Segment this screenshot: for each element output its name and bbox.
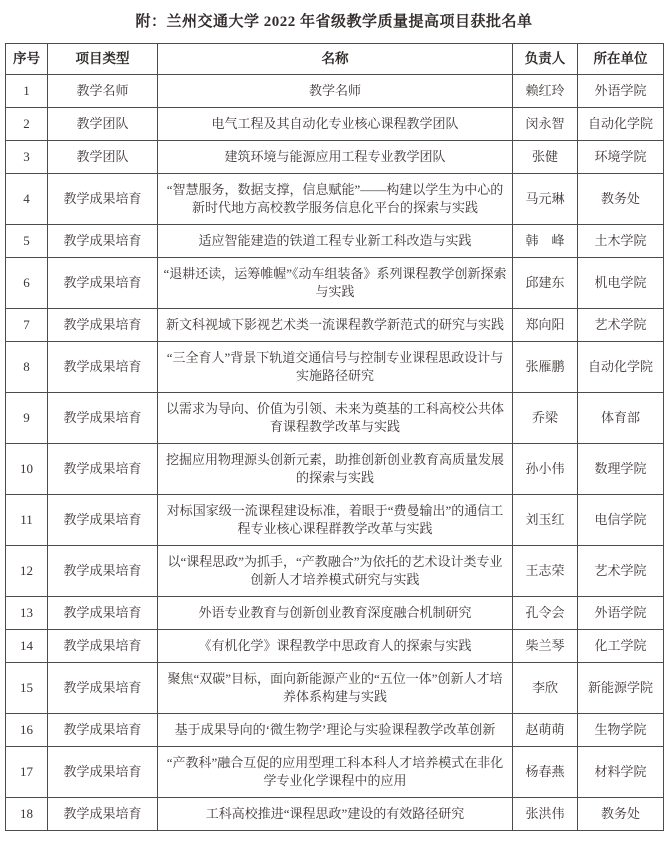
cell-unit: 教务处 <box>578 174 664 225</box>
table-row: 4教学成果培育“智慧服务，数据支撑，信息赋能”——构建以学生为中心的新时代地方高… <box>6 174 664 225</box>
cell-leader: 张洪伟 <box>513 798 578 831</box>
cell-category: 教学成果培育 <box>48 663 158 714</box>
document-page: 附：兰州交通大学 2022 年省级教学质量提高项目获批名单 序号 项目类型 名称… <box>0 0 668 841</box>
cell-index: 3 <box>6 141 48 174</box>
cell-index: 10 <box>6 444 48 495</box>
table-row: 13教学成果培育外语专业教育与创新创业教育深度融合机制研究孔令会外语学院 <box>6 597 664 630</box>
cell-title: 教学名师 <box>158 75 513 108</box>
table-row: 11教学成果培育对标国家级一流课程建设标准，着眼于“费曼输出”的通信工程专业核心… <box>6 495 664 546</box>
cell-unit: 环境学院 <box>578 141 664 174</box>
cell-title: 以需求为导向、价值为引领、未来为奠基的工科高校公共体育课程教学改革与实践 <box>158 393 513 444</box>
cell-category: 教学成果培育 <box>48 597 158 630</box>
cell-category: 教学成果培育 <box>48 444 158 495</box>
cell-leader: 孔令会 <box>513 597 578 630</box>
cell-leader: 王志荣 <box>513 546 578 597</box>
cell-title: 以“课程思政”为抓手，“产教融合”为依托的艺术设计类专业创新人才培养模式研究与实… <box>158 546 513 597</box>
cell-category: 教学成果培育 <box>48 225 158 258</box>
document-title: 附：兰州交通大学 2022 年省级教学质量提高项目获批名单 <box>5 10 663 31</box>
header-cell-category: 项目类型 <box>48 44 158 75</box>
cell-category: 教学成果培育 <box>48 495 158 546</box>
cell-leader: 杨春燕 <box>513 747 578 798</box>
cell-title: 新文科视域下影视艺术类一流课程教学新范式的研究与实践 <box>158 309 513 342</box>
awarded-projects-table: 序号 项目类型 名称 负责人 所在单位 1教学名师教学名师赖红玲外语学院2教学团… <box>5 43 664 831</box>
table-row: 2教学团队电气工程及其自动化专业核心课程教学团队闵永智自动化学院 <box>6 108 664 141</box>
cell-unit: 教务处 <box>578 798 664 831</box>
table-row: 15教学成果培育聚焦“双碳”目标，面向新能源产业的“五位一体”创新人才培养体系构… <box>6 663 664 714</box>
table-row: 5教学成果培育适应智能建造的铁道工程专业新工科改造与实践韩 峰土木学院 <box>6 225 664 258</box>
cell-leader: 乔梁 <box>513 393 578 444</box>
cell-index: 9 <box>6 393 48 444</box>
cell-unit: 体育部 <box>578 393 664 444</box>
cell-index: 2 <box>6 108 48 141</box>
cell-unit: 外语学院 <box>578 75 664 108</box>
cell-category: 教学团队 <box>48 141 158 174</box>
cell-leader: 张健 <box>513 141 578 174</box>
cell-leader: 闵永智 <box>513 108 578 141</box>
cell-category: 教学成果培育 <box>48 798 158 831</box>
cell-leader: 柴兰琴 <box>513 630 578 663</box>
cell-leader: 张雁鹏 <box>513 342 578 393</box>
cell-index: 11 <box>6 495 48 546</box>
cell-leader: 刘玉红 <box>513 495 578 546</box>
header-cell-title: 名称 <box>158 44 513 75</box>
cell-leader: 孙小伟 <box>513 444 578 495</box>
cell-index: 15 <box>6 663 48 714</box>
cell-category: 教学成果培育 <box>48 342 158 393</box>
cell-leader: 赖红玲 <box>513 75 578 108</box>
table-body: 1教学名师教学名师赖红玲外语学院2教学团队电气工程及其自动化专业核心课程教学团队… <box>6 75 664 831</box>
cell-index: 12 <box>6 546 48 597</box>
table-row: 10教学成果培育挖掘应用物理源头创新元素，助推创新创业教育高质量发展的探索与实践… <box>6 444 664 495</box>
cell-leader: 李欣 <box>513 663 578 714</box>
cell-category: 教学成果培育 <box>48 309 158 342</box>
cell-title: 适应智能建造的铁道工程专业新工科改造与实践 <box>158 225 513 258</box>
cell-title: 电气工程及其自动化专业核心课程教学团队 <box>158 108 513 141</box>
table-row: 14教学成果培育《有机化学》课程教学中思政育人的探索与实践柴兰琴化工学院 <box>6 630 664 663</box>
cell-index: 7 <box>6 309 48 342</box>
cell-unit: 土木学院 <box>578 225 664 258</box>
cell-leader: 赵萌萌 <box>513 714 578 747</box>
cell-title: 基于成果导向的‘微生物学’理论与实验课程教学改革创新 <box>158 714 513 747</box>
cell-unit: 自动化学院 <box>578 342 664 393</box>
table-row: 3教学团队建筑环境与能源应用工程专业教学团队张健环境学院 <box>6 141 664 174</box>
cell-index: 17 <box>6 747 48 798</box>
cell-unit: 自动化学院 <box>578 108 664 141</box>
cell-category: 教学成果培育 <box>48 630 158 663</box>
cell-category: 教学成果培育 <box>48 258 158 309</box>
cell-index: 5 <box>6 225 48 258</box>
cell-unit: 艺术学院 <box>578 309 664 342</box>
cell-category: 教学成果培育 <box>48 174 158 225</box>
cell-title: 建筑环境与能源应用工程专业教学团队 <box>158 141 513 174</box>
cell-title: 对标国家级一流课程建设标准，着眼于“费曼输出”的通信工程专业核心课程群教学改革与… <box>158 495 513 546</box>
cell-title: 《有机化学》课程教学中思政育人的探索与实践 <box>158 630 513 663</box>
header-cell-index: 序号 <box>6 44 48 75</box>
table-row: 12教学成果培育以“课程思政”为抓手，“产教融合”为依托的艺术设计类专业创新人才… <box>6 546 664 597</box>
cell-category: 教学名师 <box>48 75 158 108</box>
cell-leader: 马元琳 <box>513 174 578 225</box>
table-row: 6教学成果培育“退耕还读，运筹帷幄”《动车组装备》系列课程教学创新探索与实践邱建… <box>6 258 664 309</box>
table-row: 7教学成果培育新文科视域下影视艺术类一流课程教学新范式的研究与实践郑向阳艺术学院 <box>6 309 664 342</box>
table-row: 1教学名师教学名师赖红玲外语学院 <box>6 75 664 108</box>
cell-title: “三全育人”背景下轨道交通信号与控制专业课程思政设计与实施路径研究 <box>158 342 513 393</box>
cell-unit: 材料学院 <box>578 747 664 798</box>
cell-unit: 数理学院 <box>578 444 664 495</box>
cell-title: 工科高校推进“课程思政”建设的有效路径研究 <box>158 798 513 831</box>
cell-category: 教学成果培育 <box>48 393 158 444</box>
cell-leader: 邱建东 <box>513 258 578 309</box>
cell-unit: 化工学院 <box>578 630 664 663</box>
cell-title: 聚焦“双碳”目标，面向新能源产业的“五位一体”创新人才培养体系构建与实践 <box>158 663 513 714</box>
table-row: 17教学成果培育“产教科”融合互促的应用型理工科本科人才培养模式在非化学专业化学… <box>6 747 664 798</box>
cell-title: “智慧服务，数据支撑，信息赋能”——构建以学生为中心的新时代地方高校教学服务信息… <box>158 174 513 225</box>
header-cell-unit: 所在单位 <box>578 44 664 75</box>
cell-category: 教学成果培育 <box>48 714 158 747</box>
cell-index: 8 <box>6 342 48 393</box>
cell-unit: 新能源学院 <box>578 663 664 714</box>
cell-index: 14 <box>6 630 48 663</box>
cell-unit: 艺术学院 <box>578 546 664 597</box>
table-row: 9教学成果培育以需求为导向、价值为引领、未来为奠基的工科高校公共体育课程教学改革… <box>6 393 664 444</box>
table-row: 16教学成果培育基于成果导向的‘微生物学’理论与实验课程教学改革创新赵萌萌生物学… <box>6 714 664 747</box>
cell-index: 1 <box>6 75 48 108</box>
cell-unit: 生物学院 <box>578 714 664 747</box>
table-row: 8教学成果培育“三全育人”背景下轨道交通信号与控制专业课程思政设计与实施路径研究… <box>6 342 664 393</box>
cell-index: 6 <box>6 258 48 309</box>
cell-title: 挖掘应用物理源头创新元素，助推创新创业教育高质量发展的探索与实践 <box>158 444 513 495</box>
header-cell-leader: 负责人 <box>513 44 578 75</box>
cell-index: 16 <box>6 714 48 747</box>
cell-leader: 韩 峰 <box>513 225 578 258</box>
cell-category: 教学成果培育 <box>48 747 158 798</box>
cell-title: 外语专业教育与创新创业教育深度融合机制研究 <box>158 597 513 630</box>
cell-index: 18 <box>6 798 48 831</box>
table-row: 18教学成果培育工科高校推进“课程思政”建设的有效路径研究张洪伟教务处 <box>6 798 664 831</box>
cell-category: 教学团队 <box>48 108 158 141</box>
cell-index: 4 <box>6 174 48 225</box>
table-header-row: 序号 项目类型 名称 负责人 所在单位 <box>6 44 664 75</box>
cell-category: 教学成果培育 <box>48 546 158 597</box>
cell-unit: 机电学院 <box>578 258 664 309</box>
cell-unit: 电信学院 <box>578 495 664 546</box>
cell-unit: 外语学院 <box>578 597 664 630</box>
cell-leader: 郑向阳 <box>513 309 578 342</box>
cell-title: “退耕还读，运筹帷幄”《动车组装备》系列课程教学创新探索与实践 <box>158 258 513 309</box>
cell-title: “产教科”融合互促的应用型理工科本科人才培养模式在非化学专业化学课程中的应用 <box>158 747 513 798</box>
cell-index: 13 <box>6 597 48 630</box>
